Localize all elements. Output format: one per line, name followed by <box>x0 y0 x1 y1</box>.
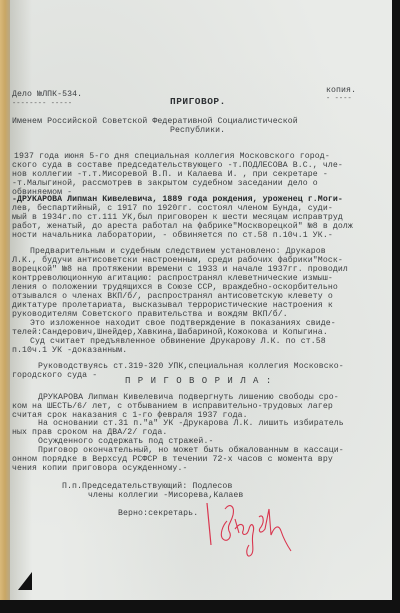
background-edge-right <box>392 0 400 613</box>
body-line: п.10ч.1 УК -доказанным. <box>12 346 127 356</box>
document-page: Дело №ЛПК-534. -------- ----- ПРИГОВОР. … <box>0 0 392 600</box>
preamble-line-1: Именем Российской Советской Федеративной… <box>12 117 298 127</box>
preamble-line-2: Республики. <box>170 126 225 136</box>
verdict-line: чения копии приговора осужденному.- <box>12 464 187 474</box>
verdict-heading: П Р И Г О В О Р И Л А : <box>125 376 272 386</box>
body-line: ности начальника лаборатории, - обвиняет… <box>12 231 333 241</box>
certified-secretary: Верно:секретарь. <box>118 509 198 519</box>
case-number-underline: -------- ----- <box>12 99 72 109</box>
binding-edge <box>0 0 10 600</box>
handwritten-signature <box>205 495 305 565</box>
background-edge-bottom <box>0 600 400 613</box>
body-line: городского суда - <box>12 371 97 381</box>
page-corner <box>18 572 32 590</box>
copy-underline: - ---- <box>326 94 352 104</box>
document-title: ПРИГОВОР. <box>170 97 226 107</box>
